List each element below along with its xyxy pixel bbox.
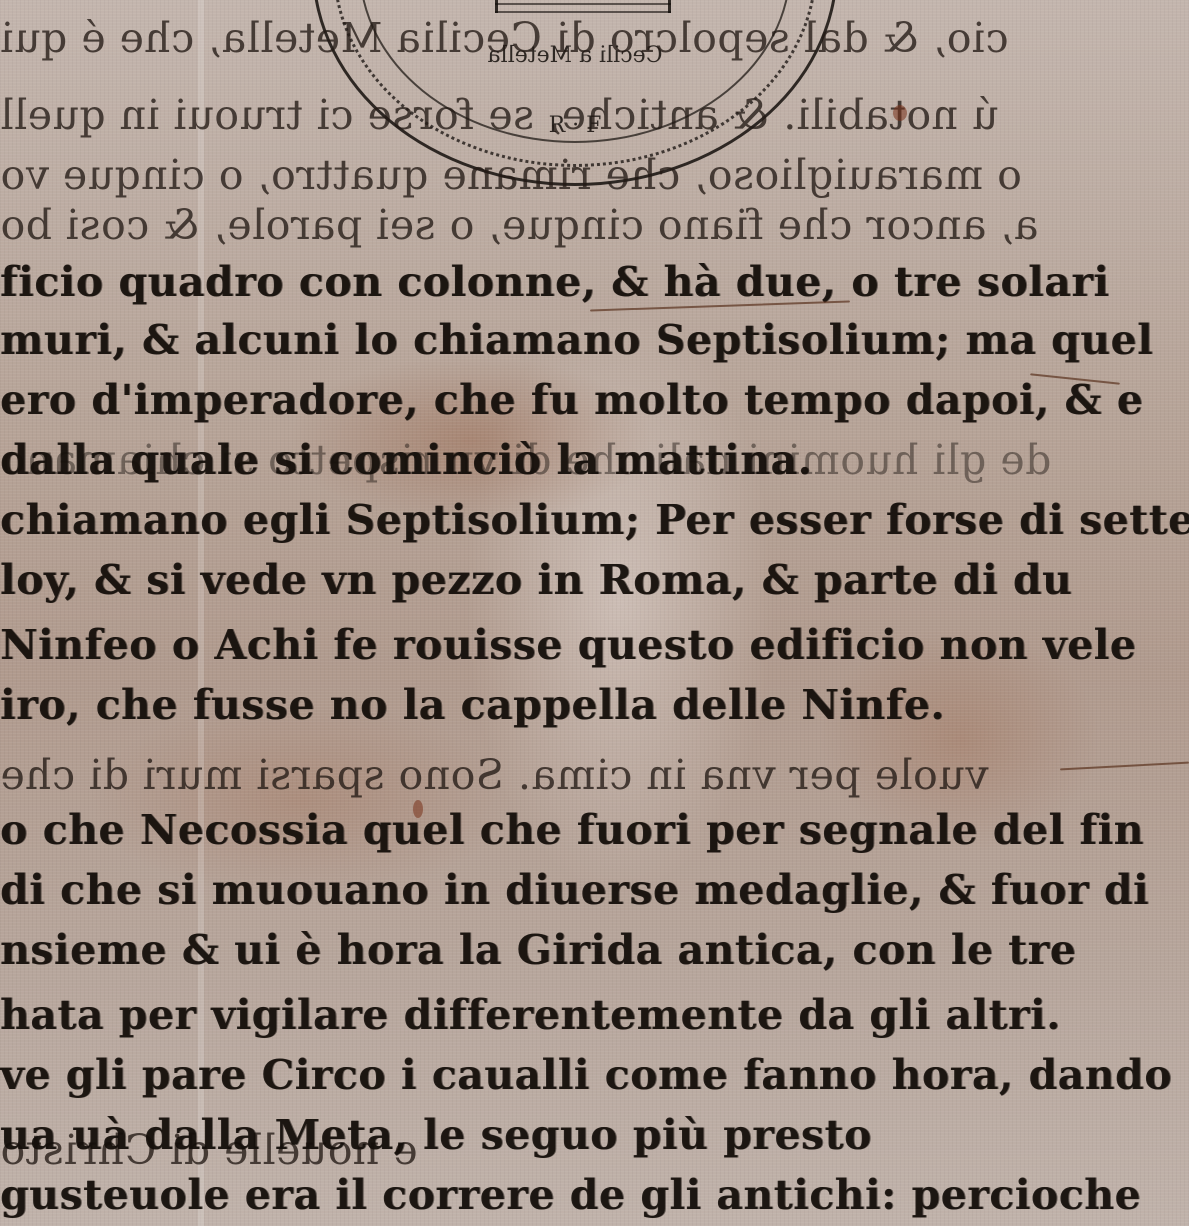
- front-line-7: ero d'imperadore, che fu molto tempo dap…: [0, 380, 1189, 421]
- mirrored-line-4: a, ancor che fiano cinque, o sei parole,…: [0, 205, 1189, 246]
- front-line-16: nsieme & ui è hora la Girida antica, con…: [0, 930, 1189, 971]
- seal-tower-icon: [495, 0, 671, 13]
- front-line-19: ua uà dalla Meta, le seguo più presto: [0, 1115, 1189, 1156]
- front-line-6: muri, & alcuni lo chiamano Septisolium; …: [0, 320, 1189, 361]
- front-line-14: o che Necossia quel che fuori per segnal…: [0, 810, 1189, 851]
- front-line-15: di che si muouano in diuerse medaglie, &…: [0, 870, 1189, 911]
- front-line-12: iro, che fusse no la cappella delle Ninf…: [0, 685, 1189, 726]
- ink-spot: [413, 800, 423, 818]
- mirrored-line-2: ú notabili. & antiche, se forse ci truou…: [0, 95, 1189, 136]
- front-line-5: ficio quadro con colonne, & hà due, o tr…: [0, 262, 1189, 303]
- front-line-11: Ninfeo o Achi fe rouisse questo edificio…: [0, 625, 1189, 666]
- mirrored-line-13: vuole per vna in cima. Sono sparsi muri …: [0, 755, 1189, 796]
- front-line-18: ve gli pare Circo i caualli come fanno h…: [0, 1055, 1189, 1096]
- front-line-8: dalla quale si cominciò la mattina.: [0, 440, 1189, 481]
- front-line-9: chiamano egli Septisolium; Per esser for…: [0, 500, 1189, 541]
- front-line-17: hata per vigilare differentemente da gli…: [0, 995, 1189, 1036]
- front-line-10: loy, & si vede vn pezzo in Roma, & parte…: [0, 560, 1189, 601]
- photo-aged-page: Cecili a Metella R · F cio, & dal sepolc…: [0, 0, 1189, 1226]
- front-line-20: gusteuole era il correre de gli antichi:…: [0, 1175, 1189, 1216]
- mirrored-line-1: cio, & dal sepolcro di Cecilia Metella, …: [0, 18, 1189, 59]
- ink-spot: [893, 105, 907, 121]
- mirrored-line-3: o marauiglioso, che rimane quattro, o ci…: [0, 155, 1189, 196]
